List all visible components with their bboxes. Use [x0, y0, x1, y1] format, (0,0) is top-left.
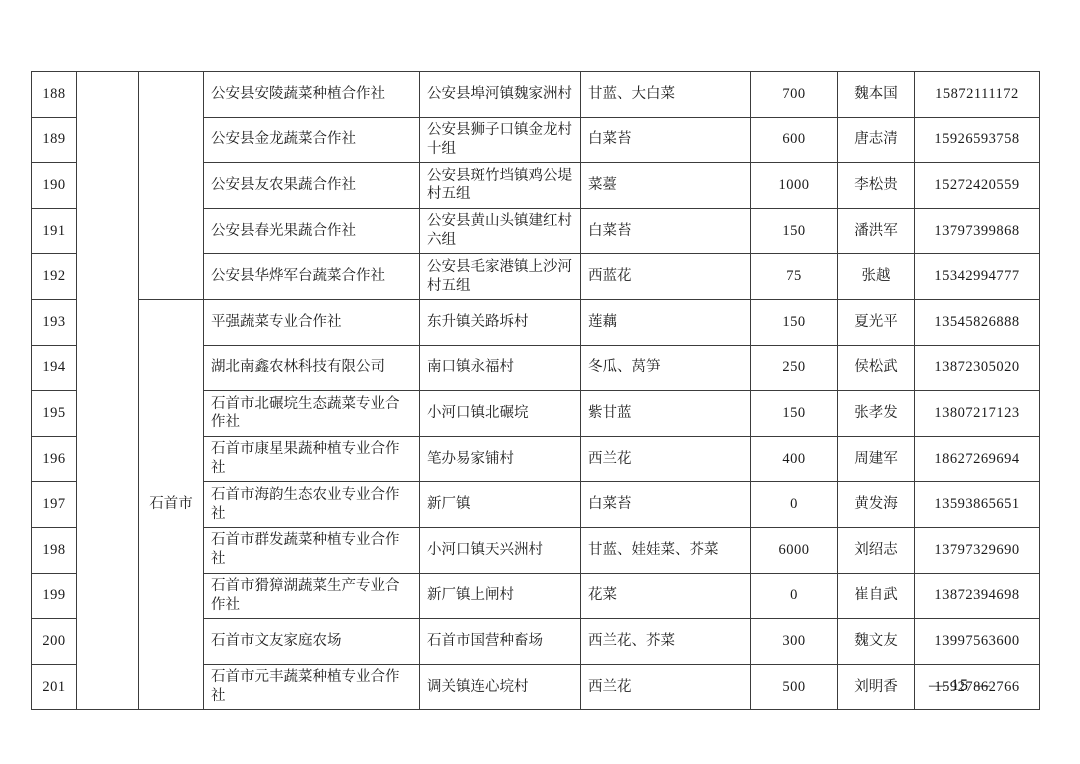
contact-cell: 张孝发	[838, 391, 915, 437]
row-number-cell: 189	[32, 117, 77, 163]
region-cell	[139, 72, 204, 300]
address-cell: 新厂镇上闸村	[420, 573, 581, 619]
contact-cell: 侯松武	[838, 345, 915, 391]
row-number-cell: 197	[32, 482, 77, 528]
coop-name-cell: 公安县春光果蔬合作社	[204, 208, 420, 254]
table-row: 188公安县安陵蔬菜种植合作社公安县埠河镇魏家洲村甘蓝、大白菜700魏本国158…	[32, 72, 1040, 118]
contact-cell: 张越	[838, 254, 915, 300]
contact-cell: 黄发海	[838, 482, 915, 528]
vegetables-cell: 甘蓝、娃娃菜、芥菜	[581, 527, 751, 573]
vegetables-cell: 紫甘蓝	[581, 391, 751, 437]
table-body: 188公安县安陵蔬菜种植合作社公安县埠河镇魏家洲村甘蓝、大白菜700魏本国158…	[32, 72, 1040, 710]
phone-cell: 15926593758	[915, 117, 1040, 163]
row-number-cell: 194	[32, 345, 77, 391]
row-number-cell: 191	[32, 208, 77, 254]
document-page: 188公安县安陵蔬菜种植合作社公安县埠河镇魏家洲村甘蓝、大白菜700魏本国158…	[0, 0, 1080, 764]
vegetables-cell: 甘蓝、大白菜	[581, 72, 751, 118]
vegetables-cell: 西兰花	[581, 664, 751, 710]
row-number-cell: 188	[32, 72, 77, 118]
phone-cell: 13872394698	[915, 573, 1040, 619]
contact-cell: 潘洪军	[838, 208, 915, 254]
phone-cell: 15872111172	[915, 72, 1040, 118]
row-number-cell: 200	[32, 619, 77, 665]
coop-name-cell: 公安县金龙蔬菜合作社	[204, 117, 420, 163]
page-number: — 15 —	[895, 677, 1025, 695]
vegetables-cell: 白菜苔	[581, 208, 751, 254]
coop-name-cell: 石首市群发蔬菜种植专业合作社	[204, 527, 420, 573]
coop-name-cell: 湖北南鑫农林科技有限公司	[204, 345, 420, 391]
vegetables-cell: 西兰花	[581, 436, 751, 482]
quantity-cell: 6000	[751, 527, 838, 573]
coop-name-cell: 石首市元丰蔬菜种植专业合作社	[204, 664, 420, 710]
vegetables-cell: 白菜苔	[581, 482, 751, 528]
address-cell: 南口镇永福村	[420, 345, 581, 391]
row-number-cell: 195	[32, 391, 77, 437]
row-number-cell: 198	[32, 527, 77, 573]
address-cell: 公安县斑竹垱镇鸡公堤村五组	[420, 163, 581, 209]
coop-name-cell: 石首市猾獐湖蔬菜生产专业合作社	[204, 573, 420, 619]
phone-cell: 13997563600	[915, 619, 1040, 665]
quantity-cell: 700	[751, 72, 838, 118]
address-cell: 公安县黄山头镇建红村六组	[420, 208, 581, 254]
vegetables-cell: 白菜苔	[581, 117, 751, 163]
quantity-cell: 75	[751, 254, 838, 300]
quantity-cell: 1000	[751, 163, 838, 209]
coop-name-cell: 石首市北碾垸生态蔬菜专业合作社	[204, 391, 420, 437]
vegetables-cell: 菜薹	[581, 163, 751, 209]
address-cell: 调关镇连心垸村	[420, 664, 581, 710]
phone-cell: 13797399868	[915, 208, 1040, 254]
contact-cell: 夏光平	[838, 299, 915, 345]
quantity-cell: 250	[751, 345, 838, 391]
contact-cell: 李松贵	[838, 163, 915, 209]
quantity-cell: 400	[751, 436, 838, 482]
row-number-cell: 190	[32, 163, 77, 209]
phone-cell: 13807217123	[915, 391, 1040, 437]
region-cell: 石首市	[139, 299, 204, 709]
phone-cell: 13593865651	[915, 482, 1040, 528]
phone-cell: 18627269694	[915, 436, 1040, 482]
quantity-cell: 500	[751, 664, 838, 710]
table-row: 193石首市平强蔬菜专业合作社东升镇关路坼村莲藕150夏光平1354582688…	[32, 299, 1040, 345]
phone-cell: 13545826888	[915, 299, 1040, 345]
address-cell: 公安县毛家港镇上沙河村五组	[420, 254, 581, 300]
address-cell: 石首市国营种畜场	[420, 619, 581, 665]
address-cell: 东升镇关路坼村	[420, 299, 581, 345]
address-cell: 公安县埠河镇魏家洲村	[420, 72, 581, 118]
vegetables-cell: 西蓝花	[581, 254, 751, 300]
address-cell: 公安县狮子口镇金龙村十组	[420, 117, 581, 163]
address-cell: 新厂镇	[420, 482, 581, 528]
cooperative-table: 188公安县安陵蔬菜种植合作社公安县埠河镇魏家洲村甘蓝、大白菜700魏本国158…	[31, 71, 1040, 710]
coop-name-cell: 石首市康星果蔬种植专业合作社	[204, 436, 420, 482]
coop-name-cell: 公安县友农果蔬合作社	[204, 163, 420, 209]
contact-cell: 崔自武	[838, 573, 915, 619]
vegetables-cell: 莲藕	[581, 299, 751, 345]
contact-cell: 魏文友	[838, 619, 915, 665]
quantity-cell: 300	[751, 619, 838, 665]
coop-name-cell: 石首市文友家庭农场	[204, 619, 420, 665]
address-cell: 小河口镇北碾垸	[420, 391, 581, 437]
address-cell: 小河口镇天兴洲村	[420, 527, 581, 573]
vegetables-cell: 花菜	[581, 573, 751, 619]
coop-name-cell: 石首市海韵生态农业专业合作社	[204, 482, 420, 528]
quantity-cell: 150	[751, 208, 838, 254]
row-number-cell: 196	[32, 436, 77, 482]
row-number-cell: 192	[32, 254, 77, 300]
quantity-cell: 150	[751, 299, 838, 345]
phone-cell: 15342994777	[915, 254, 1040, 300]
contact-cell: 唐志清	[838, 117, 915, 163]
coop-name-cell: 公安县安陵蔬菜种植合作社	[204, 72, 420, 118]
phone-cell: 13797329690	[915, 527, 1040, 573]
coop-name-cell: 平强蔬菜专业合作社	[204, 299, 420, 345]
address-cell: 笔办易家铺村	[420, 436, 581, 482]
row-number-cell: 201	[32, 664, 77, 710]
quantity-cell: 600	[751, 117, 838, 163]
contact-cell: 周建军	[838, 436, 915, 482]
city-cell	[77, 72, 139, 710]
vegetables-cell: 西兰花、芥菜	[581, 619, 751, 665]
quantity-cell: 0	[751, 482, 838, 528]
row-number-cell: 199	[32, 573, 77, 619]
row-number-cell: 193	[32, 299, 77, 345]
contact-cell: 魏本国	[838, 72, 915, 118]
coop-name-cell: 公安县华烨军台蔬菜合作社	[204, 254, 420, 300]
quantity-cell: 0	[751, 573, 838, 619]
phone-cell: 13872305020	[915, 345, 1040, 391]
phone-cell: 15272420559	[915, 163, 1040, 209]
contact-cell: 刘绍志	[838, 527, 915, 573]
quantity-cell: 150	[751, 391, 838, 437]
vegetables-cell: 冬瓜、莴笋	[581, 345, 751, 391]
